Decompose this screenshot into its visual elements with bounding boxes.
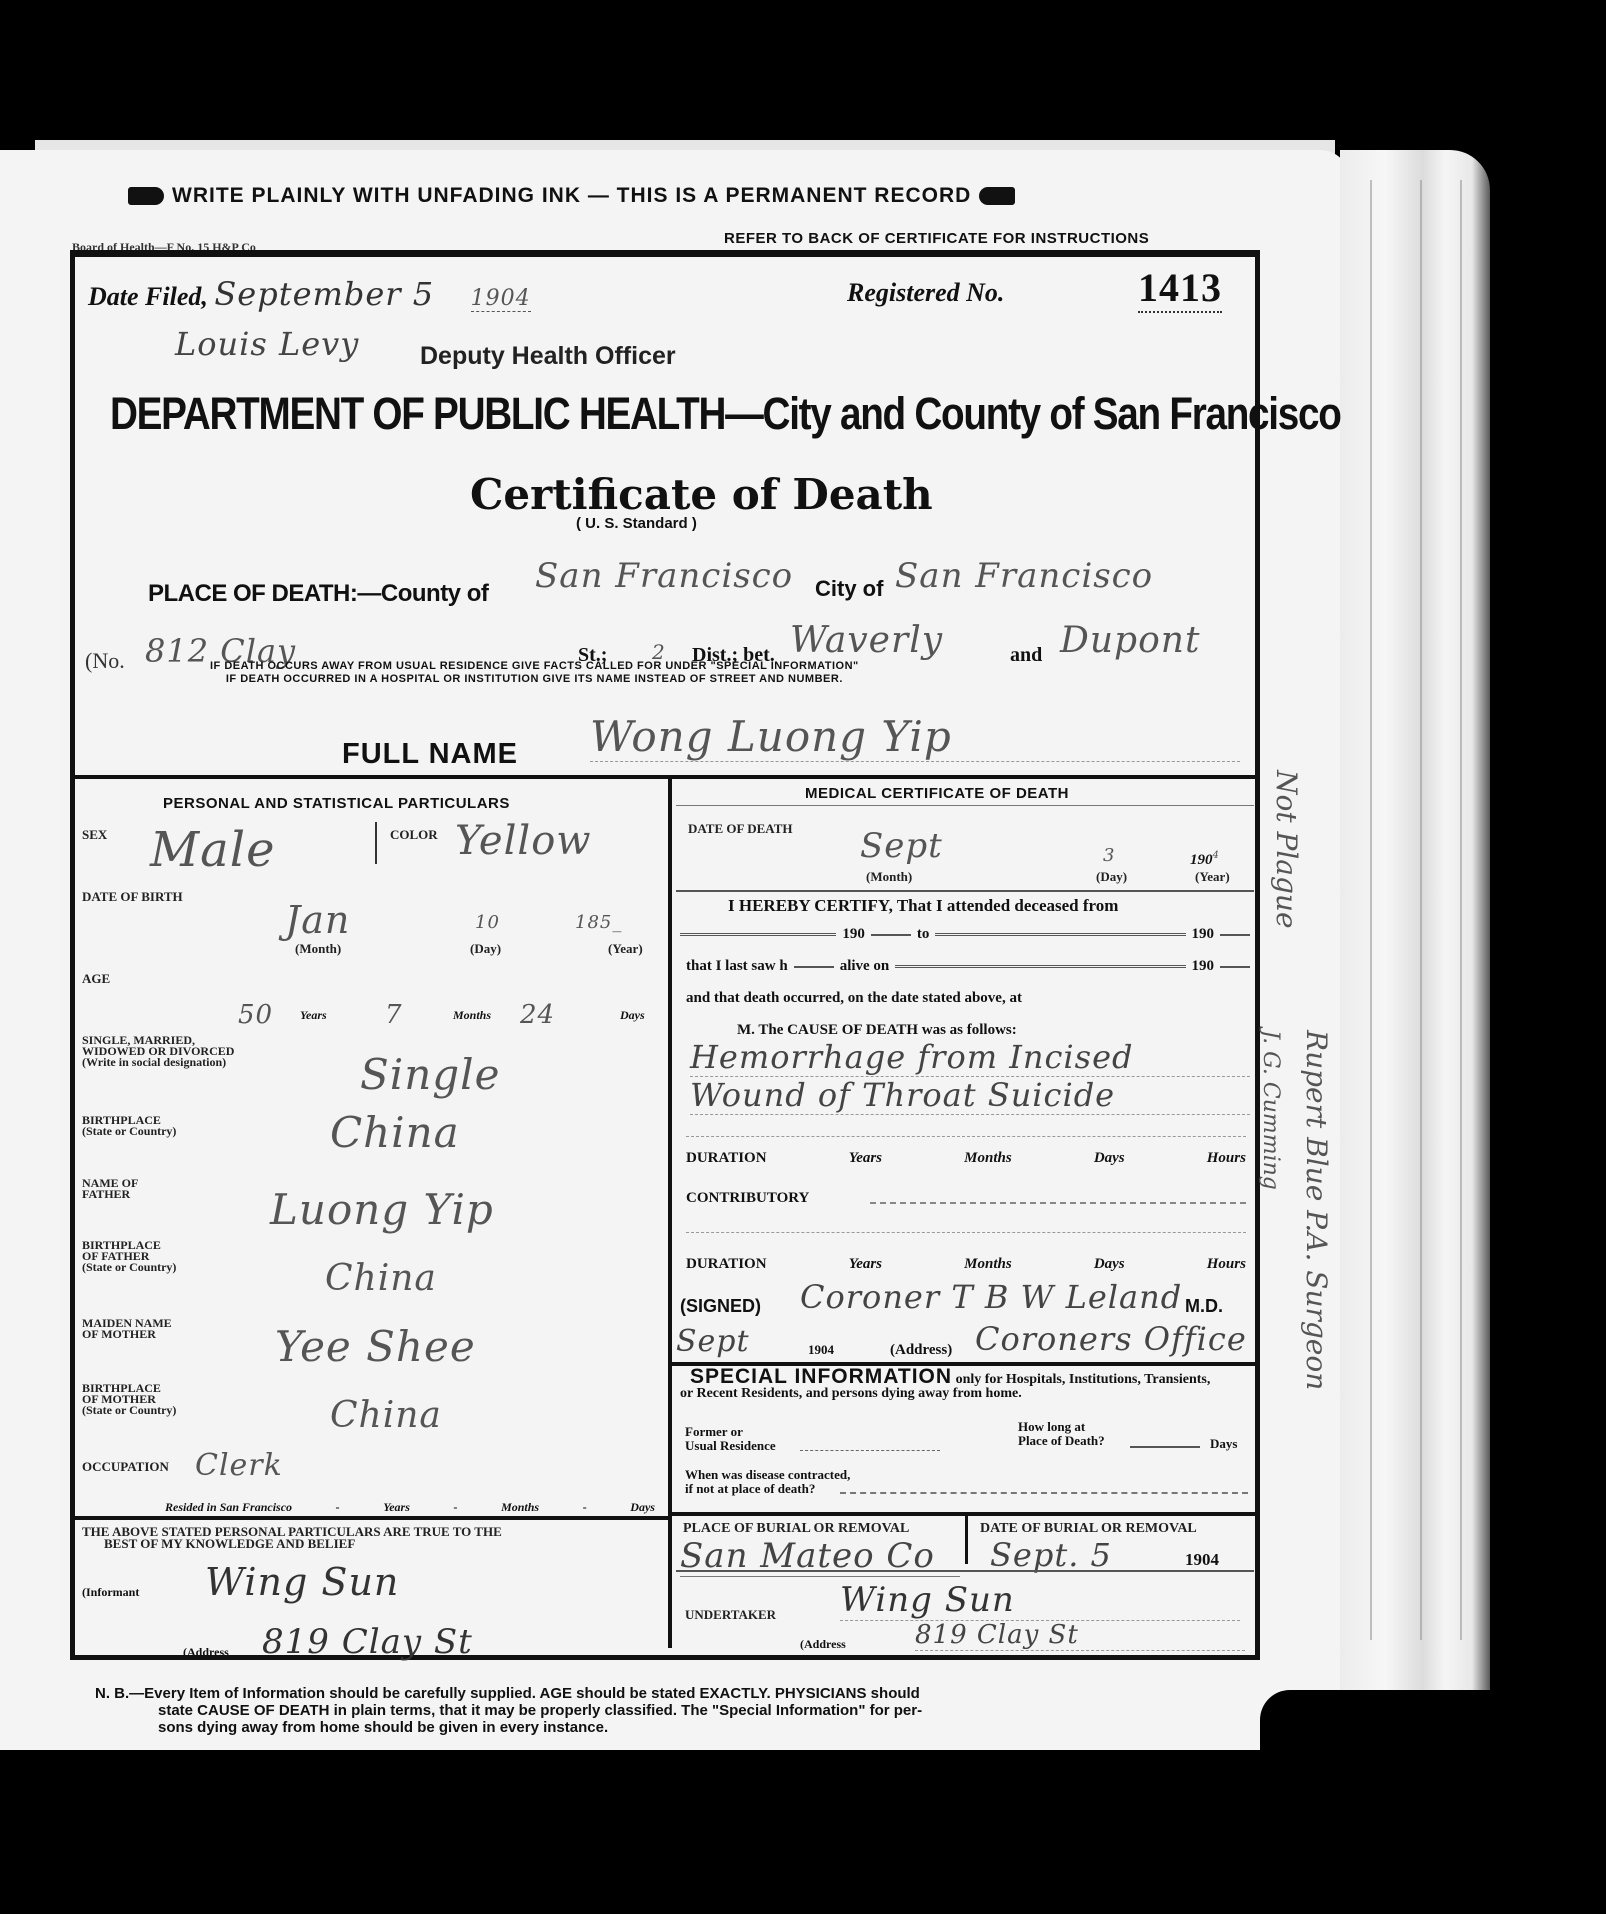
how-long-label: How long at Place of Death? bbox=[1018, 1420, 1105, 1448]
days-label: Days bbox=[630, 1500, 655, 1515]
signed-value: Coroner T B W Leland bbox=[800, 1278, 1182, 1316]
registered-no-label: Registered No. bbox=[847, 278, 1004, 308]
father-name-value: Luong Yip bbox=[270, 1185, 494, 1234]
duration-row-2: DURATION Years Months Days Hours bbox=[686, 1256, 1246, 1273]
label-line: FATHER bbox=[82, 1189, 138, 1200]
and-label: and bbox=[1010, 644, 1042, 667]
month-label: (Month) bbox=[866, 870, 912, 883]
informant-statement: THE ABOVE STATED PERSONAL PARTICULARS AR… bbox=[82, 1526, 502, 1550]
contributory-label: CONTRIBUTORY bbox=[686, 1190, 809, 1207]
label-line: (Write in social designation) bbox=[82, 1057, 234, 1068]
fill-line bbox=[1220, 966, 1250, 968]
dob-label: DATE OF BIRTH bbox=[82, 890, 183, 903]
fill-line bbox=[680, 933, 836, 936]
year-prefix: 190 bbox=[1190, 852, 1213, 868]
duration-label: DURATION bbox=[686, 1150, 767, 1167]
color-label: COLOR bbox=[390, 828, 438, 841]
resided-row: Resided in San Francisco - Years - Month… bbox=[165, 1500, 655, 1515]
occupation-value: Clerk bbox=[195, 1448, 283, 1483]
special-info-note-2: or Recent Residents, and persons dying a… bbox=[680, 1387, 1250, 1401]
place-of-death-label: PLACE OF DEATH:—County of bbox=[148, 580, 488, 608]
certificate-title: Certificate of Death bbox=[470, 470, 933, 519]
cause-of-death-line-1: Hemorrhage from Incised bbox=[690, 1038, 1250, 1077]
death-day: 3 bbox=[1103, 845, 1115, 866]
instruction-line-2: IF DEATH OCCURRED IN A HOSPITAL OR INSTI… bbox=[210, 673, 859, 686]
signed-label: (SIGNED) bbox=[680, 1296, 761, 1317]
months-label: Months bbox=[501, 1500, 539, 1515]
label-line: When was disease contracted, bbox=[685, 1468, 850, 1482]
burial-date: Sept. 5 bbox=[990, 1536, 1112, 1574]
address-label: (Address) bbox=[890, 1342, 952, 1359]
signed-date: Sept bbox=[676, 1324, 750, 1359]
city-label: City of bbox=[815, 576, 883, 602]
label-line: Place of Death? bbox=[1018, 1434, 1105, 1448]
mother-birthplace-value: China bbox=[330, 1395, 442, 1436]
days-label: Days bbox=[1094, 1256, 1125, 1273]
mother-birthplace-label: BIRTHPLACE OF MOTHER (State or Country) bbox=[82, 1383, 176, 1416]
year-prefix: 190 bbox=[842, 926, 865, 943]
label-line: (State or Country) bbox=[82, 1126, 176, 1137]
fill-line bbox=[686, 1232, 1246, 1233]
months-label: Months bbox=[964, 1150, 1012, 1167]
officer-signature: Louis Levy bbox=[175, 325, 359, 363]
undertaker-address: 819 Clay St bbox=[915, 1620, 1245, 1651]
label-line: OF MOTHER bbox=[82, 1329, 172, 1340]
divider bbox=[375, 822, 377, 864]
ledger-binding bbox=[1340, 150, 1490, 1700]
undertaker-name: Wing Sun bbox=[840, 1580, 1240, 1621]
footnote: N. B.—Every Item of Information should b… bbox=[95, 1685, 1175, 1736]
burial-year: 1904 bbox=[1185, 1550, 1219, 1570]
dob-day: 10 bbox=[475, 912, 500, 933]
date-filed-year: 1904 bbox=[471, 286, 531, 312]
duration-label: DURATION bbox=[686, 1256, 767, 1273]
county-value: San Francisco bbox=[535, 556, 793, 596]
death-month: Sept bbox=[860, 826, 943, 866]
day-label: (Day) bbox=[470, 942, 501, 955]
certify-line-4: M. The CAUSE OF DEATH was as follows: bbox=[737, 1022, 1017, 1039]
statement-line: BEST OF MY KNOWLEDGE AND BELIEF bbox=[82, 1538, 502, 1550]
header-banner: WRITE PLAINLY WITH UNFADING INK — THIS I… bbox=[120, 184, 1023, 208]
fill-line bbox=[840, 1492, 1248, 1494]
city-value: San Francisco bbox=[895, 556, 1153, 596]
father-birthplace-value: China bbox=[325, 1258, 437, 1299]
years-label: Years bbox=[300, 1008, 327, 1023]
label-line: Former or bbox=[685, 1425, 776, 1439]
burial-place-label: PLACE OF BURIAL OR REMOVAL bbox=[683, 1522, 909, 1535]
hours-label: Hours bbox=[1207, 1150, 1246, 1167]
label-line: (State or Country) bbox=[82, 1405, 176, 1416]
age-years: 50 bbox=[238, 1000, 273, 1030]
divider bbox=[676, 890, 1254, 892]
cause-of-death-line-2: Wound of Throat Suicide bbox=[690, 1076, 1250, 1115]
years-label: Years bbox=[383, 1500, 410, 1515]
color-value: Yellow bbox=[455, 818, 592, 864]
pointing-hand-icon bbox=[128, 187, 164, 205]
months-label: Months bbox=[453, 1008, 491, 1023]
divider bbox=[75, 1516, 670, 1520]
burial-date-label: DATE of BURIAL or REMOVAL bbox=[980, 1522, 1197, 1535]
year-label: (Year) bbox=[1195, 870, 1230, 883]
age-label: AGE bbox=[82, 972, 110, 985]
margin-note-signature: Rupert Blue P.A. Surgeon bbox=[1300, 1030, 1333, 1390]
fill-line bbox=[800, 1450, 940, 1451]
footnote-line: state CAUSE OF DEATH in plain terms, tha… bbox=[95, 1702, 1175, 1719]
shadow bbox=[1260, 1690, 1520, 1770]
father-birthplace-label: BIRTHPLACE OF FATHER (State or Country) bbox=[82, 1240, 176, 1273]
resided-label: Resided in San Francisco bbox=[165, 1500, 292, 1515]
informant-label: (Informant bbox=[82, 1585, 139, 1600]
year-prefix: 190 bbox=[1192, 926, 1215, 943]
fill-line bbox=[1130, 1446, 1200, 1448]
age-months: 7 bbox=[385, 1000, 403, 1030]
mother-name-label: MAIDEN NAME OF MOTHER bbox=[82, 1318, 172, 1340]
former-residence-label: Former or Usual Residence bbox=[685, 1425, 776, 1453]
special-info-note: only for Hospitals, Institutions, Transi… bbox=[956, 1372, 1211, 1387]
special-info-header: SPECIAL INFORMATION only for Hospitals, … bbox=[690, 1370, 1250, 1401]
hours-label: Hours bbox=[1207, 1256, 1246, 1273]
months-label: Months bbox=[964, 1256, 1012, 1273]
dob-month: Jan bbox=[285, 898, 350, 942]
marital-label: SINGLE, MARRIED, WIDOWED OR DIVORCED (Wr… bbox=[82, 1035, 234, 1068]
street-no-label: (No. bbox=[85, 648, 125, 674]
birthplace-value: China bbox=[330, 1108, 460, 1157]
medical-section-header: MEDICAL CERTIFICATE OF DEATH bbox=[805, 785, 1069, 802]
date-of-death-label: DATE OF DEATH bbox=[688, 822, 793, 835]
certify-line-3: and that death occurred, on the date sta… bbox=[686, 990, 1022, 1007]
birthplace-label: BIRTHPLACE (State or Country) bbox=[82, 1115, 176, 1137]
certify-line-attended: 190 to 190 bbox=[680, 926, 1250, 943]
footnote-line: sons dying away from home should be give… bbox=[95, 1719, 1175, 1736]
alive-on-label: alive on bbox=[840, 958, 890, 975]
date-filed: Date Filed, September 5 1904 bbox=[88, 275, 531, 313]
footnote-line: N. B.—Every Item of Information should b… bbox=[95, 1685, 1175, 1702]
department-title: DEPARTMENT OF PUBLIC HEALTH—City and Cou… bbox=[110, 388, 1341, 440]
pointing-hand-icon bbox=[979, 187, 1015, 205]
label: PLACE OF DEATH:—County of bbox=[148, 580, 488, 607]
personal-section-header: PERSONAL AND STATISTICAL PARTICULARS bbox=[163, 795, 510, 812]
age-days: 24 bbox=[520, 1000, 555, 1030]
divider bbox=[676, 805, 1254, 806]
fill-line bbox=[895, 965, 1185, 968]
full-name-value: Wong Luong Yip bbox=[590, 712, 1240, 762]
days-label: Days bbox=[1094, 1150, 1125, 1167]
year-suffix: 4 bbox=[1213, 850, 1220, 861]
place-instructions: IF DEATH OCCURS AWAY FROM USUAL RESIDENC… bbox=[210, 660, 859, 686]
certify-line-1: I HEREBY CERTIFY, That I attended deceas… bbox=[728, 896, 1118, 916]
certificate-subtitle: ( U. S. Standard ) bbox=[576, 515, 697, 532]
full-name-label: FULL NAME bbox=[342, 738, 518, 771]
signed-year: 1904 bbox=[808, 1342, 834, 1358]
date-filed-value: September 5 bbox=[214, 275, 434, 313]
day-label: (Day) bbox=[1096, 870, 1127, 883]
contracted-label: When was disease contracted, if not at p… bbox=[685, 1468, 850, 1496]
mother-name-value: Yee Shee bbox=[275, 1322, 476, 1371]
informant-name: Wing Sun bbox=[205, 1560, 399, 1604]
undertaker-label: UNDERTAKER bbox=[685, 1608, 776, 1621]
officer-title: Deputy Health Officer bbox=[420, 342, 676, 371]
fill-line bbox=[686, 1136, 1246, 1137]
years-label: Years bbox=[849, 1256, 882, 1273]
undertaker-address-label: (Address bbox=[800, 1637, 846, 1652]
divider bbox=[670, 1512, 1255, 1516]
years-label: Years bbox=[849, 1150, 882, 1167]
duration-row-1: DURATION Years Months Days Hours bbox=[686, 1150, 1246, 1167]
fill-line bbox=[794, 966, 834, 968]
margin-note-initials: J. G. Cumming bbox=[1258, 1030, 1283, 1190]
label-line: How long at bbox=[1018, 1420, 1105, 1434]
label-line: if not at place of death? bbox=[685, 1482, 850, 1496]
instruction-line-1: IF DEATH OCCURS AWAY FROM USUAL RESIDENC… bbox=[210, 660, 859, 673]
fill-line bbox=[870, 1202, 1246, 1204]
sex-label: SEX bbox=[82, 828, 107, 841]
days-label: Days bbox=[1210, 1436, 1237, 1452]
between-street-2: Dupont bbox=[1060, 620, 1200, 661]
divider bbox=[75, 775, 1255, 779]
refer-note: REFER TO BACK OF CERTIFICATE FOR INSTRUC… bbox=[724, 230, 1149, 247]
informant-address-label: (Address bbox=[183, 1645, 229, 1660]
marital-value: Single bbox=[360, 1050, 500, 1099]
margin-note-not-plague: Not Plague bbox=[1270, 770, 1303, 929]
label-line: Usual Residence bbox=[685, 1439, 776, 1453]
year-label: (Year) bbox=[608, 942, 643, 955]
resided-days: - bbox=[583, 1500, 587, 1515]
fill-line bbox=[935, 933, 1185, 936]
sex-value: Male bbox=[150, 822, 276, 878]
between-street-1: Waverly bbox=[790, 620, 943, 661]
md-label: M.D. bbox=[1185, 1296, 1223, 1317]
last-saw-label: that I last saw h bbox=[686, 958, 788, 975]
resided-months: - bbox=[453, 1500, 457, 1515]
certify-line-2: that I last saw h alive on 190 bbox=[686, 958, 1250, 975]
to-label: to bbox=[917, 926, 930, 943]
divider bbox=[965, 1514, 968, 1564]
days-label: Days bbox=[620, 1008, 645, 1023]
signed-address: Coroners Office bbox=[975, 1320, 1247, 1358]
occupation-label: OCCUPATION bbox=[82, 1460, 169, 1473]
fill-line bbox=[871, 934, 911, 936]
label-line: (State or Country) bbox=[82, 1262, 176, 1273]
month-label: (Month) bbox=[295, 942, 341, 955]
banner-text: WRITE PLAINLY WITH UNFADING INK — THIS I… bbox=[172, 184, 971, 207]
fill-line bbox=[1220, 934, 1250, 936]
father-name-label: NAME OF FATHER bbox=[82, 1178, 138, 1200]
informant-address: 819 Clay St bbox=[262, 1622, 473, 1662]
death-year: 1904 bbox=[1190, 850, 1220, 869]
date-filed-label: Date Filed, bbox=[88, 282, 208, 311]
resided-years: - bbox=[336, 1500, 340, 1515]
special-info-title: SPECIAL INFORMATION bbox=[690, 1365, 952, 1388]
divider bbox=[676, 1570, 1254, 1572]
registered-no-value: 1413 bbox=[1138, 264, 1222, 313]
year-prefix: 190 bbox=[1192, 958, 1215, 975]
dob-year: 185_ bbox=[575, 912, 622, 933]
